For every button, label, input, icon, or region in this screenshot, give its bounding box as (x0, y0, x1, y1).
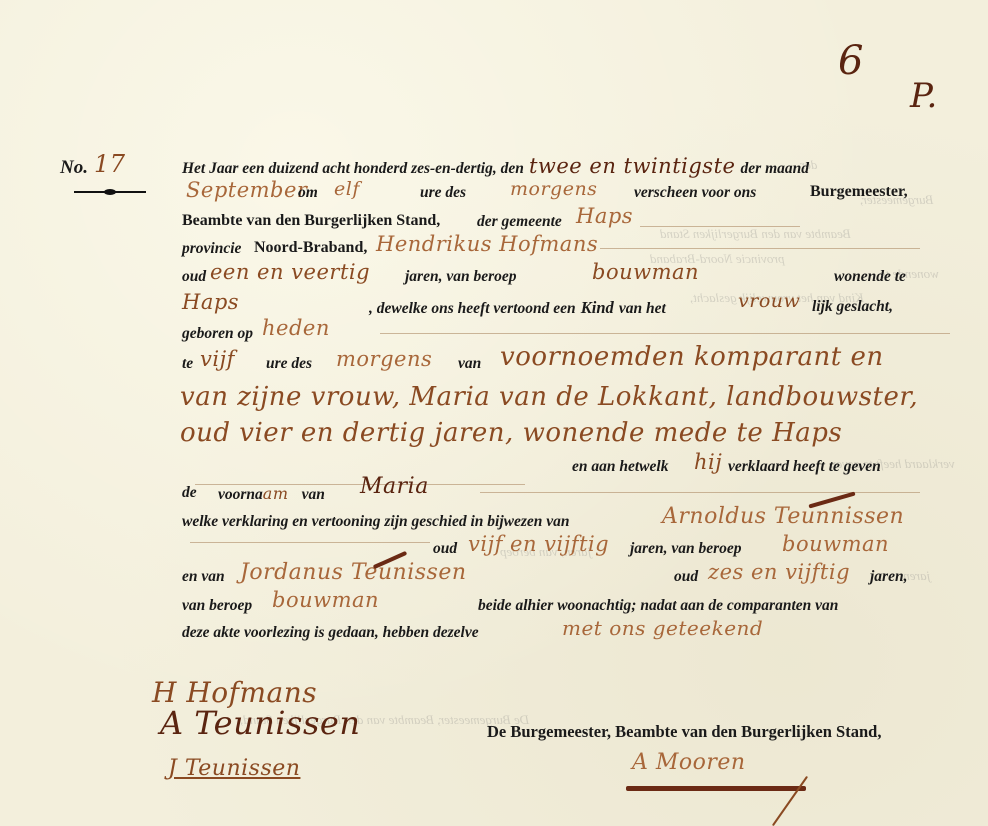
printed-text: der gemeente (477, 213, 562, 231)
printed-text: Noord-Braband, (254, 239, 367, 257)
handwritten-father-name: Hendrikus Hofmans (376, 232, 598, 256)
handwritten-mother: van zijne vrouw, Maria van de Lokkant, l… (180, 382, 918, 412)
printed-text: van beroep (182, 597, 252, 615)
handwritten-day: twee en twintigste (529, 154, 735, 178)
printed-text: provincie (182, 240, 241, 258)
printed-text: te (182, 355, 193, 373)
printed-text: ure des (266, 355, 312, 373)
line-1: Het Jaar een duizend acht honderd zes-en… (182, 154, 809, 178)
handwritten-month: September (186, 178, 307, 202)
printed-text: van (302, 486, 325, 503)
fill-line (190, 542, 430, 543)
printed-text: ure des (420, 184, 466, 202)
printed-text: Het Jaar een duizend acht honderd zes-en… (182, 160, 524, 177)
handwritten-text: voornoemden komparant en (500, 342, 884, 372)
fill-line (380, 333, 950, 334)
handwritten-time-of-day: morgens (510, 178, 597, 200)
handwritten-father-age: een en veertig (210, 260, 370, 284)
printed-text: Beambte van den Burgerlijken Stand, (182, 212, 440, 230)
printed-text: deze akte voorlezing is gedaan, hebben d… (182, 624, 479, 642)
printed-text: geboren op (182, 325, 253, 343)
printed-text: oud (674, 568, 698, 586)
signature-witness1: A Teunissen (160, 704, 360, 742)
handwritten-witness1-age: vijf en vijftig (468, 532, 609, 556)
signature-flourish (626, 786, 806, 791)
handwritten-municipality: Haps (576, 204, 633, 228)
handwritten-birth-date: heden (262, 316, 330, 340)
signature-witness2: J Teunissen (168, 756, 300, 781)
ornament-divider (74, 189, 146, 195)
printed-text: voorna (218, 486, 263, 503)
signature-official: A Mooren (632, 750, 746, 775)
handwritten-hour: elf (334, 178, 360, 200)
printed-text: beide alhier woonachtig; nadat aan de co… (478, 597, 838, 615)
handwritten-declarant: hij (694, 450, 722, 474)
printed-text: jaren, van beroep (405, 268, 517, 286)
handwritten-signed-note: met ons geteekend (562, 616, 763, 640)
printed-text: en van (182, 568, 225, 586)
handwritten-father-occupation: bouwman (592, 260, 699, 284)
bleed-through: Beambte van den Burgerlijken Stand (660, 226, 851, 242)
printed-text: jaren, van beroep (630, 540, 742, 558)
signature-flourish (772, 776, 808, 826)
handwritten-witness2-occupation: bouwman (272, 588, 379, 612)
handwritten-witness1-occupation: bouwman (782, 532, 889, 556)
handwritten-witness1-name: Arnoldus Teunnissen (662, 504, 904, 529)
printed-text: wonende te (834, 268, 906, 286)
printed-text: Kind (581, 298, 614, 317)
record-number-label: No. (60, 157, 88, 179)
printed-text: lijk geslacht, (812, 298, 893, 316)
handwritten-birth-hour: vijf (200, 347, 235, 371)
printed-text: om (298, 184, 318, 202)
printed-text: de (182, 484, 197, 502)
folio-letter: P. (910, 76, 938, 116)
record-number-value: 17 (94, 150, 126, 178)
handwritten-witness2-age: zes en vijftig (708, 560, 850, 584)
printed-text: , dewelke ons heeft vertoond een (369, 300, 576, 317)
handwritten-birth-time-of-day: morgens (336, 347, 432, 371)
handwritten-correction: am (263, 484, 289, 503)
printed-text: van (458, 355, 481, 373)
printed-text: oud (182, 268, 206, 286)
printed-text: der maand (741, 160, 809, 177)
printed-text: verklaard heeft te geven (728, 458, 881, 476)
printed-text: oud (433, 540, 457, 558)
official-label: De Burgemeester, Beambte van den Burgerl… (487, 722, 881, 742)
printed-text: Burgemeester, (810, 183, 908, 201)
printed-text: welke verklaring en vertooning zijn gesc… (182, 513, 570, 531)
fill-line (640, 226, 800, 227)
printed-text: verscheen voor ons (634, 184, 756, 202)
folio-number: 6 (838, 38, 864, 84)
printed-text: van het (619, 300, 666, 317)
handwritten-witness2-name: Jordanus Teunissen (240, 560, 467, 585)
handwritten-father-residence: Haps (182, 290, 239, 314)
handwritten-mother-details: oud vier en dertig jaren, wonende mede t… (180, 418, 842, 448)
fill-line (600, 248, 920, 249)
line-12-name-label: voornaam van (218, 484, 325, 504)
handwritten-sex: vrouw (738, 290, 800, 312)
line-6-printed: , dewelke ons heeft vertoond een Kind va… (369, 298, 666, 318)
handwritten-child-name: Maria (360, 474, 429, 499)
printed-text: jaren, (870, 568, 907, 586)
printed-text: en aan hetwelk (572, 458, 668, 476)
